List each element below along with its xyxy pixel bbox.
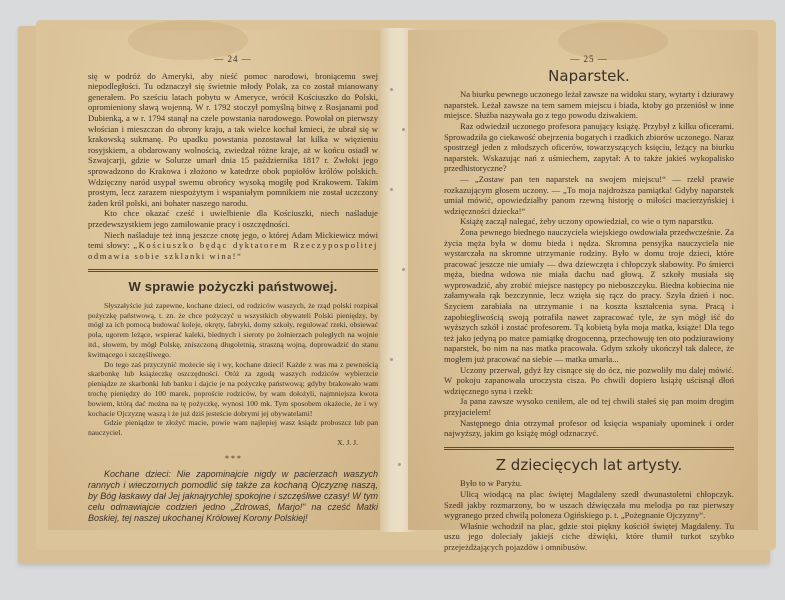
loan-paragraph-3: Gdzie pieniądze te złożyć macie, powie w…	[88, 418, 378, 438]
loan-paragraph-2: Do tego zaś przyczynić możecie się i wy,…	[88, 360, 378, 419]
section-divider	[88, 269, 378, 272]
signature: X. J. J.	[88, 438, 378, 448]
story-title-naparstek: Naparstek.	[444, 71, 734, 82]
appeal-to-children: Kochane dzieci: Nie zapominajcie nigdy w…	[88, 469, 378, 524]
artist-paragraph-1: Było to w Paryżu.	[444, 478, 734, 489]
stitch-hole	[390, 88, 393, 91]
naparstek-paragraph-2: Raz odwiedził uczonego profesora panując…	[444, 121, 734, 174]
left-page-column: — 24 — się w podróż do Ameryki, aby nieś…	[88, 54, 378, 524]
stitch-hole	[390, 188, 393, 191]
loan-paragraph-1: Słyszałyście już zapewne, kochane dzieci…	[88, 301, 378, 360]
section-divider	[444, 447, 734, 450]
stitch-hole	[402, 128, 405, 131]
naparstek-paragraph-8: Następnego dnia otrzymał profesor od ksi…	[444, 418, 734, 439]
loan-article: Słyszałyście już zapewne, kochane dzieci…	[88, 301, 378, 448]
naparstek-paragraph-6: Uczony przerwał, gdyż łzy cisnące się do…	[444, 365, 734, 397]
artist-paragraph-3: Właśnie wchodził na plac, gdzie stoi pię…	[444, 521, 734, 553]
right-page-column: — 25 — Naparstek. Na biurku pewnego uczo…	[444, 54, 734, 553]
kosciuszko-text: się w podróż do Ameryki, aby nieść pomoc…	[88, 71, 378, 209]
naparstek-paragraph-1: Na biurku pewnego uczonego leżał zawsze …	[444, 89, 734, 121]
stitch-hole	[402, 268, 405, 271]
page-number-25: — 25 —	[444, 54, 734, 65]
stitch-hole	[390, 358, 393, 361]
story-title-artist: Z dziecięcych lat artysty.	[444, 460, 734, 471]
asterism: * * *	[88, 454, 378, 463]
naparstek-paragraph-7: Ja pana zawsze wysoko ceniłem, ale od te…	[444, 396, 734, 417]
kosciuszko-paragraph-2: Kto chce okazać cześć i uwielbienie dla …	[88, 208, 378, 229]
section-title-loan: W sprawie pożyczki państwowej.	[88, 282, 378, 293]
naparstek-paragraph-3: — „Zostaw pan ten naparstek na swojem mi…	[444, 174, 734, 216]
page-number-24: — 24 —	[88, 54, 378, 65]
naparstek-paragraph-5: Żona pewnego biednego nauczyciela wiejsk…	[444, 227, 734, 365]
stitch-hole	[398, 463, 401, 466]
left-page: — 24 — się w podróż do Ameryki, aby nieś…	[48, 30, 384, 530]
naparstek-paragraph-4: Książę zaczął nalegać, żeby uczony opowi…	[444, 216, 734, 227]
right-page: — 25 — Naparstek. Na biurku pewnego uczo…	[408, 30, 758, 530]
kosciuszko-paragraph-3: Niech naśladuje też inną jeszcze cnotę j…	[88, 230, 378, 262]
artist-paragraph-2: Ulicą wiodącą na plac świętej Magdaleny …	[444, 489, 734, 521]
